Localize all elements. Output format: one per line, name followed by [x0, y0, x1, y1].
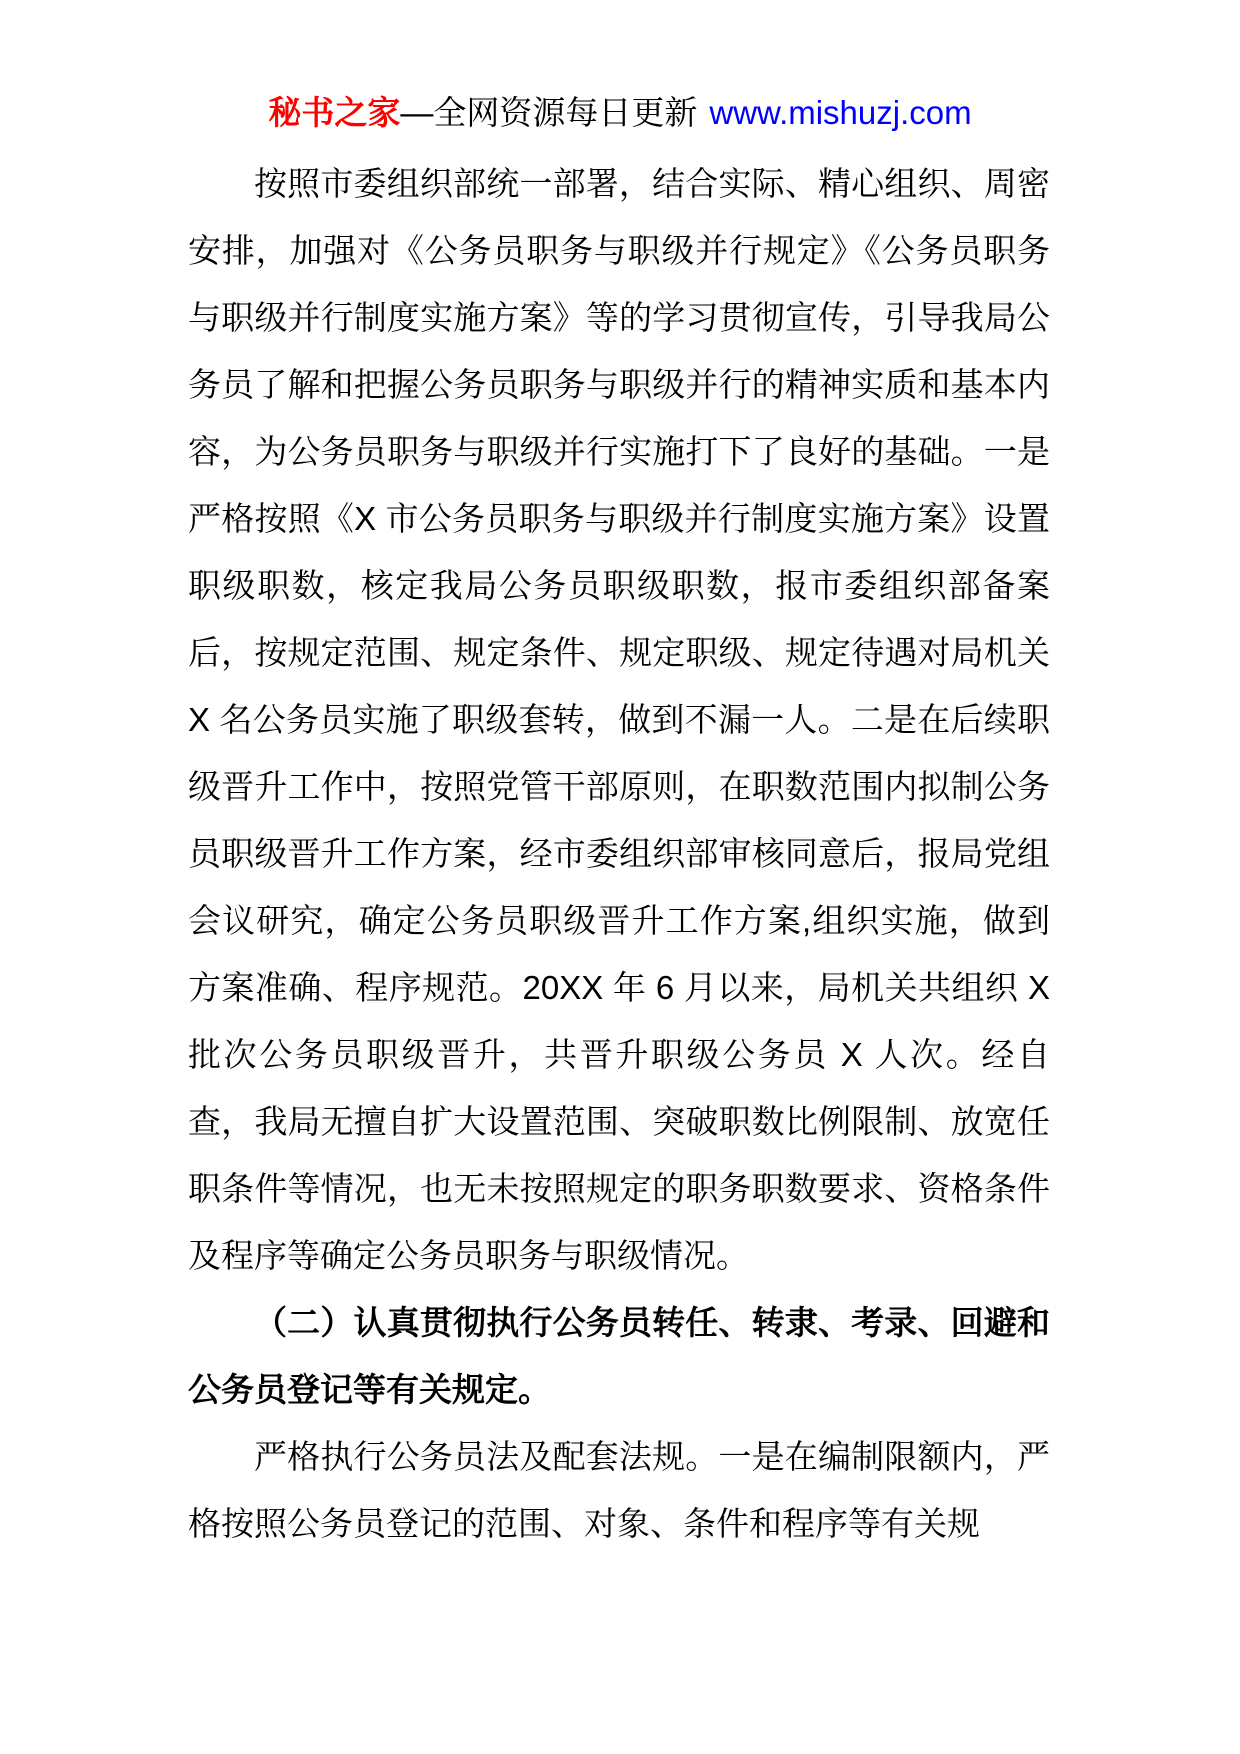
paragraph-1: 按照市委组织部统一部署，结合实际、精心组织、周密安排，加强对《公务员职务与职级并… — [188, 150, 1050, 1289]
header-separator: — — [400, 94, 433, 131]
section-heading-2: （二）认真贯彻执行公务员转任、转隶、考录、回避和公务员登记等有关规定。 — [188, 1289, 1050, 1423]
brand-name: 秘书之家 — [268, 94, 400, 131]
document-body: 按照市委组织部统一部署，结合实际、精心组织、周密安排，加强对《公务员职务与职级并… — [188, 150, 1050, 1557]
site-url: www.mishuzj.com — [709, 94, 971, 131]
header-tagline: 全网资源每日更新 — [433, 94, 697, 131]
document-page: 秘书之家—全网资源每日更新www.mishuzj.com 按照市委组织部统一部署… — [0, 0, 1240, 1754]
paragraph-2: 严格执行公务员法及配套法规。一是在编制限额内，严格按照公务员登记的范围、对象、条… — [188, 1423, 1050, 1557]
page-header: 秘书之家—全网资源每日更新www.mishuzj.com — [0, 90, 1240, 136]
